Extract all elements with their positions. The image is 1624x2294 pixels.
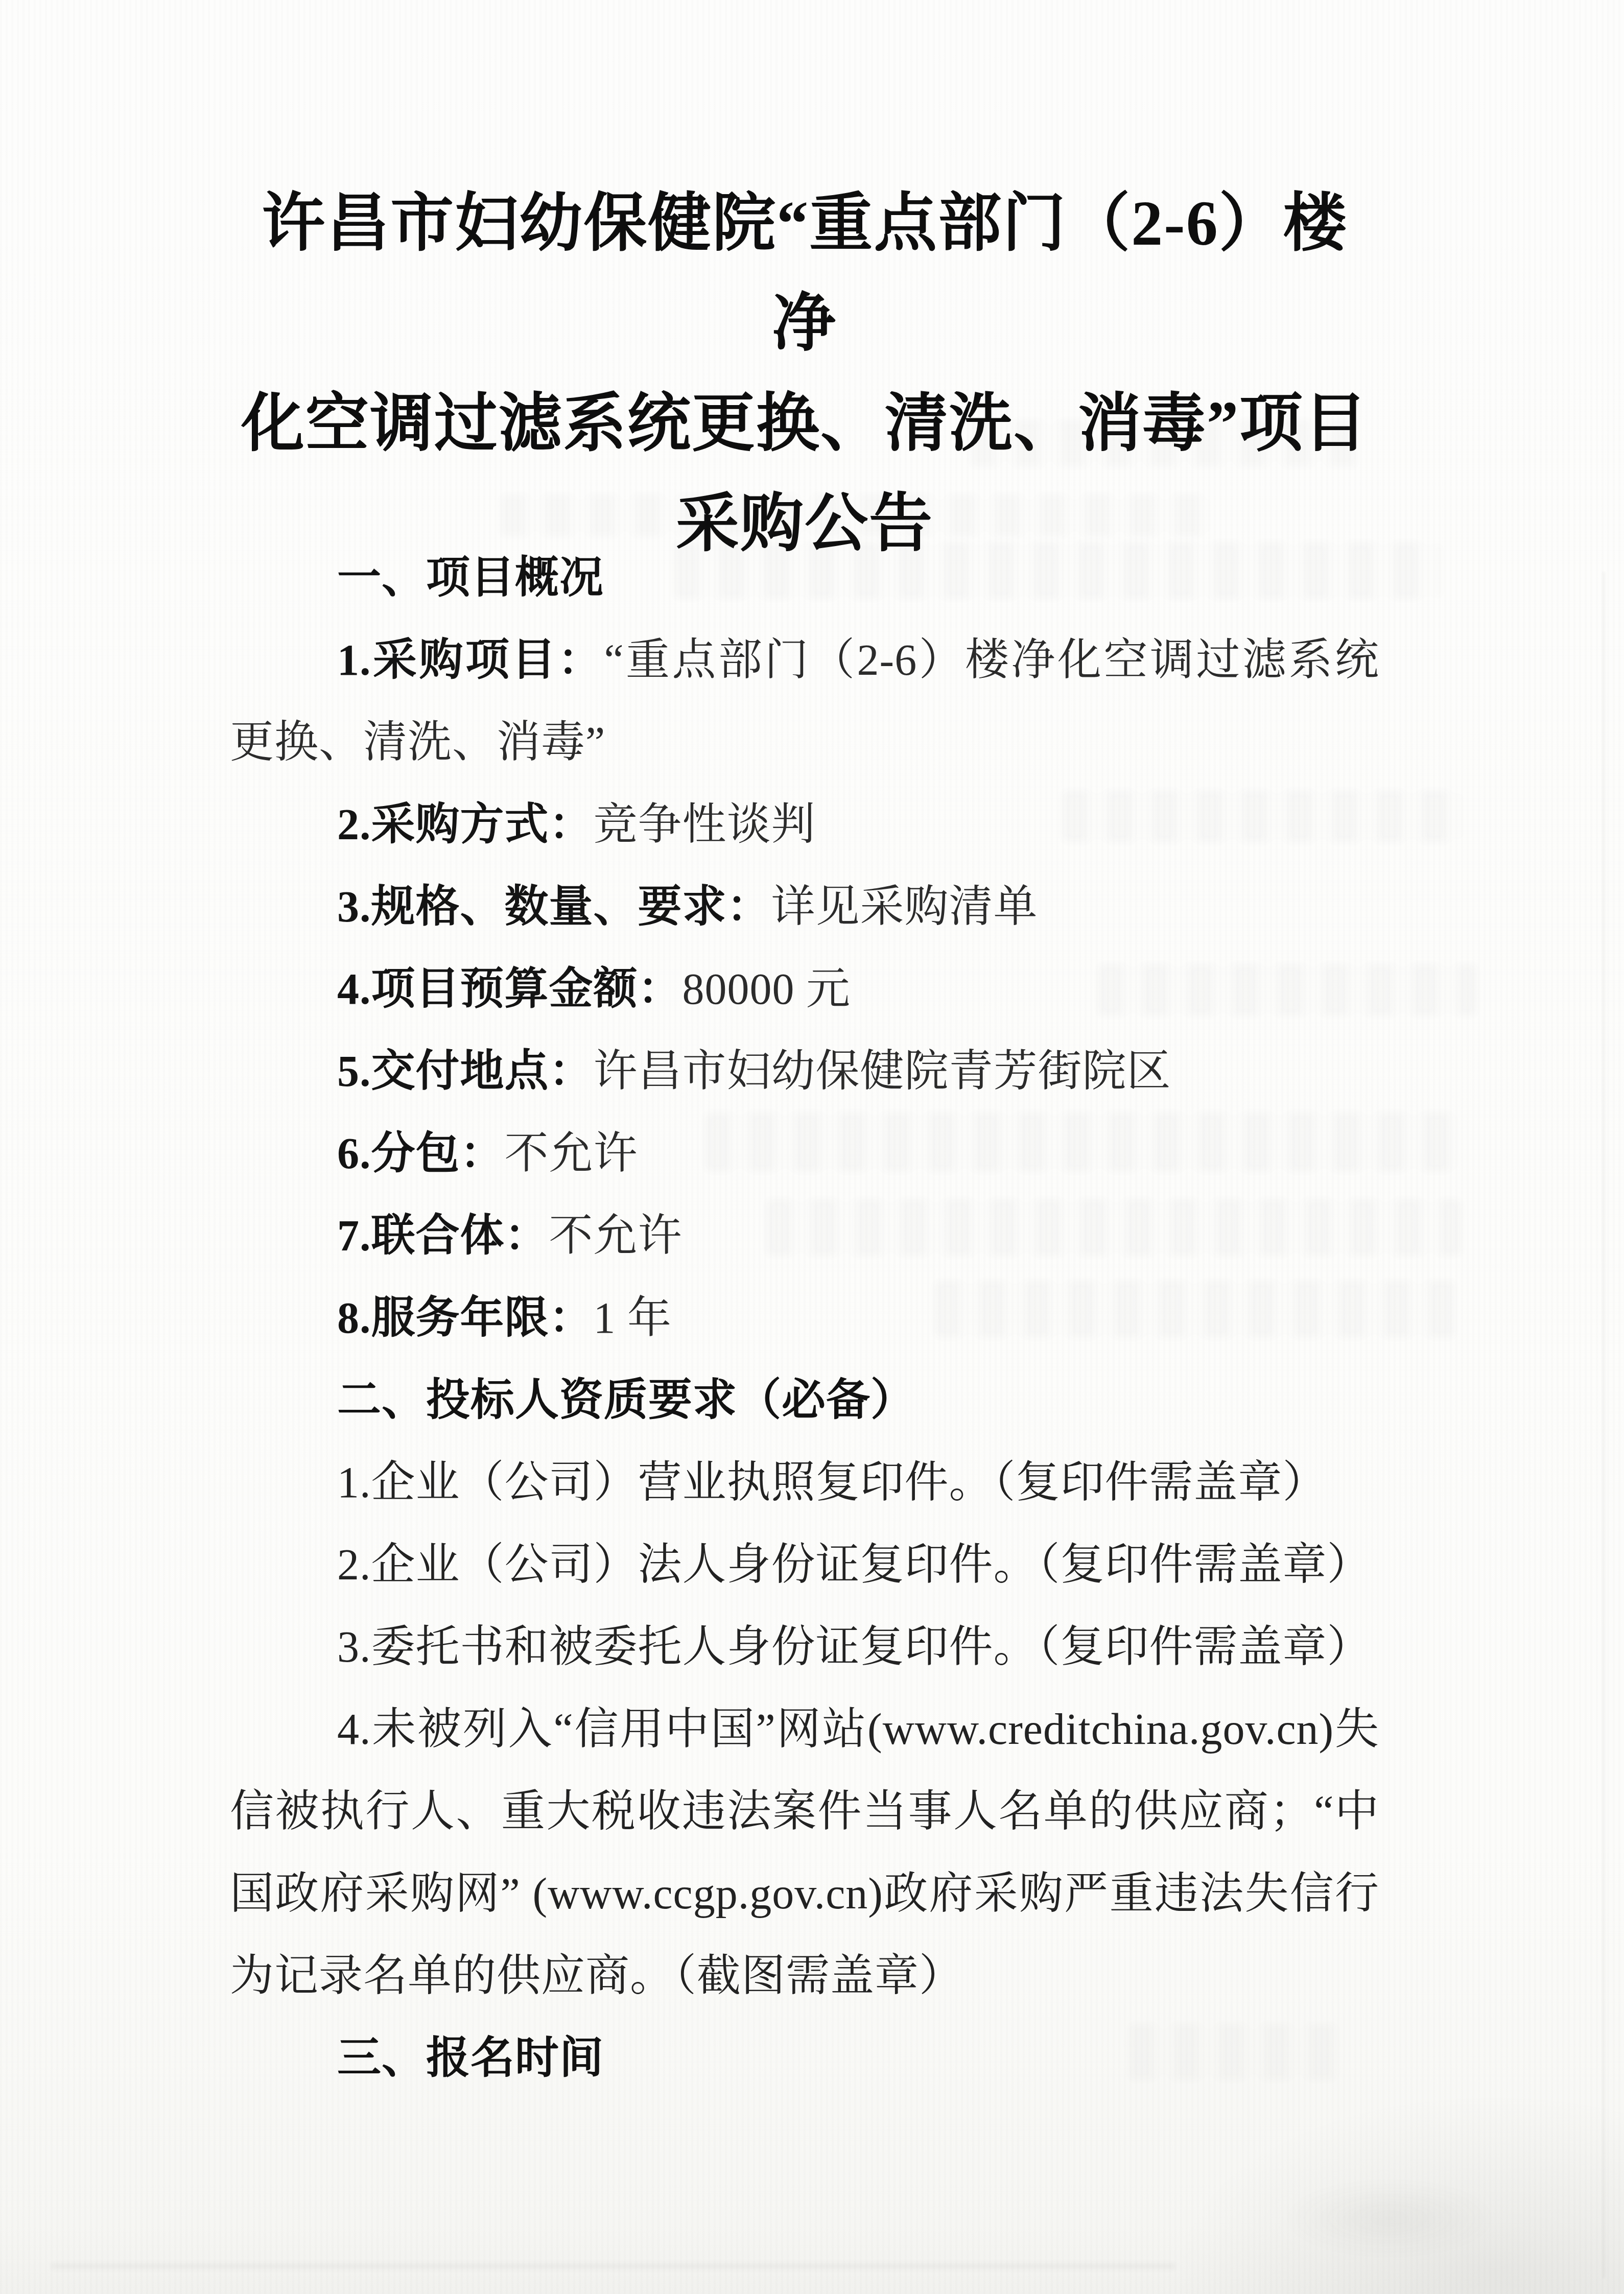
project-budget-value: 80000 元 — [682, 964, 851, 1013]
consortium-value: 不允许 — [549, 1211, 682, 1260]
qualification-business-license: 1.企业（公司）营业执照复印件。（复印件需盖章） — [230, 1441, 1379, 1524]
scan-edge-shadow-right — [1603, 572, 1605, 2278]
qualification-credit-records: 4.未被列入“信用中国”网站(www.creditchina.gov.cn)失信… — [230, 1688, 1379, 2017]
purchase-method-label: 2.采购方式： — [337, 800, 594, 849]
section-2-heading: 二、投标人资质要求（必备） — [230, 1359, 1379, 1441]
document-title-line-1: 许昌市妇幼保健院“重点部门（2-6）楼净 — [230, 174, 1379, 374]
scanned-document-page: 许昌市妇幼保健院“重点部门（2-6）楼净 化空调过滤系统更换、清洗、消毒”项目 … — [0, 0, 1624, 2294]
item-purchase-project: 1.采购项目：“重点部门（2-6）楼净化空调过滤系统更换、清洗、消毒” — [230, 619, 1379, 784]
qualification-authorization-letter: 3.委托书和被委托人身份证复印件。（复印件需盖章） — [230, 1606, 1379, 1688]
purchase-project-label: 1.采购项目： — [337, 635, 604, 684]
document-title: 许昌市妇幼保健院“重点部门（2-6）楼净 化空调过滤系统更换、清洗、消毒”项目 … — [230, 174, 1379, 574]
scan-corner-smudge — [1277, 2180, 1502, 2257]
delivery-location-label: 5.交付地点： — [337, 1047, 594, 1096]
scan-edge-shadow-bottom — [51, 2263, 1175, 2269]
item-spec-quantity-requirements: 3.规格、数量、要求：详见采购清单 — [230, 866, 1379, 948]
spec-quantity-requirements-label: 3.规格、数量、要求： — [337, 882, 771, 931]
delivery-location-value: 许昌市妇幼保健院青芳街院区 — [594, 1047, 1171, 1096]
item-service-period: 8.服务年限：1 年 — [230, 1277, 1379, 1359]
service-period-label: 8.服务年限： — [337, 1293, 594, 1342]
purchase-method-value: 竞争性谈判 — [594, 800, 816, 849]
project-budget-label: 4.项目预算金额： — [337, 964, 682, 1013]
qualification-legal-person-id: 2.企业（公司）法人身份证复印件。（复印件需盖章） — [230, 1524, 1379, 1606]
item-project-budget: 4.项目预算金额：80000 元 — [230, 948, 1379, 1030]
item-purchase-method: 2.采购方式：竞争性谈判 — [230, 784, 1379, 866]
consortium-label: 7.联合体： — [337, 1211, 549, 1260]
subcontracting-label: 6.分包： — [337, 1129, 505, 1178]
item-delivery-location: 5.交付地点：许昌市妇幼保健院青芳街院区 — [230, 1030, 1379, 1113]
spec-quantity-requirements-value: 详见采购清单 — [771, 882, 1038, 931]
service-period-value: 1 年 — [594, 1293, 672, 1342]
section-3-heading: 三、报名时间 — [230, 2017, 1379, 2099]
subcontracting-value: 不允许 — [505, 1129, 638, 1178]
document-title-line-2: 化空调过滤系统更换、清洗、消毒”项目 — [230, 374, 1379, 474]
item-consortium: 7.联合体：不允许 — [230, 1195, 1379, 1277]
section-1-heading: 一、项目概况 — [230, 537, 1379, 619]
item-subcontracting: 6.分包：不允许 — [230, 1113, 1379, 1195]
